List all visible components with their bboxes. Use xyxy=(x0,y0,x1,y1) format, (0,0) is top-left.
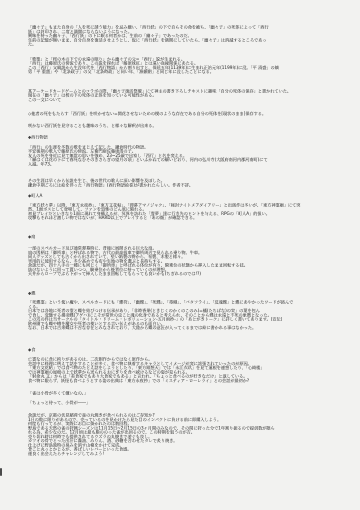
text-line: 「ちょっと待って、小骨が――」 xyxy=(28,400,338,404)
saigyou-monogatari-paragraph: 「西行」の生涯を多数の歌をまじえて記した、鎌倉時代の物語。平安後期の歌人で藤原氏… xyxy=(28,145,338,166)
section-heading-text: ◆蝶 xyxy=(28,291,338,295)
text-line: 攻撃もそれほど激しい物ではないが、HARD以上でプレイすると「あの顔」が確認でき… xyxy=(28,216,338,220)
corpse-preservation-note-paragraph: 某アーケードカードゲームとのコラボの際、「幽々子復活祭壇」にて神主の書き下ろしテ… xyxy=(28,89,338,102)
text-line: た。 xyxy=(28,42,338,46)
text-line: 運良く出会えたらチャレンジしてみよう! xyxy=(28,451,338,455)
section-heading-shoku: ◆食 xyxy=(28,347,338,351)
section-heading-text: ◆西行物語 xyxy=(28,135,338,139)
section-heading-chounin-a: ◆町人A xyxy=(28,194,338,198)
text-line: ◇他者の死をもたらす「西行妖」を咲かせない=開花させないための楔のような存在であ… xyxy=(28,112,338,116)
ougi-paragraph: 一部のスペルカード及び通常弾幕時に、背後に展開される巨大な扇。扇の図柄は「御所車… xyxy=(28,246,338,276)
page-edge-mark xyxy=(0,468,2,476)
shoku-paragraph: 亡霊なのに食に拘りがあるのは、二次創作からではなく原作から。会話中に料理に例えて… xyxy=(28,357,338,383)
section-heading-text: ◆町人A xyxy=(28,194,338,198)
text-line: 「雀は小骨が多くて嫌いなの。」 xyxy=(28,391,338,395)
section-heading-chou: ◆蝶 xyxy=(28,291,338,295)
section-heading-text: ◆食 xyxy=(28,347,338,351)
scanned-document-page: 「幽々子」もまた自身の「人を死に誘う能力」を忌み嫌い、「西行妖」の下で自らその命… xyxy=(0,0,360,510)
text-line: 入滅。年73。 xyxy=(28,162,338,166)
section-heading-ougi: ◆扇 xyxy=(28,234,338,238)
hobby-interpretation-line: 咲かない西行妖を見守ることも趣味のうち、と様々な解釈が出来る。 xyxy=(28,123,338,127)
text-line: 咲かない西行妖を見守ることも趣味のうち、と様々な解釈が出来る。 xyxy=(28,123,338,127)
text-line: この一文について xyxy=(28,97,338,101)
text-line: 男「平 重盛」や「北条政子」の父「北条時政」と同い年、「源頼朝」と同じ年に没した… xyxy=(28,70,338,74)
text-line: 「死蝶霊」という使い魔や、スペルカードにも「蝶符」、「幽蝶」、「死蝶」、「毒蛾」… xyxy=(28,300,338,304)
section-heading-text: ◆扇 xyxy=(28,234,338,238)
text-column: 「幽々子」もまた自身の「人を死に誘う能力」を忌み嫌い、「西行妖」の下で自らその命… xyxy=(28,25,336,500)
glossary-text-body: 「幽々子」もまた自身の「人を死に誘う能力」を忌み嫌い、「西行妖」の下で自らその命… xyxy=(28,25,338,456)
quote-sparrow-bones: 「雀は小骨が多くて嫌いなの。」 xyxy=(28,391,338,395)
fushimi-inari-sparrow-paragraph: 余談だが、京都の伏見稲荷で雀の丸焼きが食べられるのはご存知か?1日の数に限りがあ… xyxy=(28,413,338,456)
saigyou-father-theory-paragraph: 「歌聖」と「桜の木の下での永遠の眠り」から幽々子の父=「西行」説が生まれる。「西… xyxy=(28,57,338,74)
saigyou-monogatari-legacy-paragraph: その生涯は早くから伝説を生じ、後の世代の歌人に深い影響を及ぼした。鎌倉中期ごろに… xyxy=(28,179,338,188)
yuyuko-suicide-seal-paragraph: 「幽々子」もまた自身の「人を死に誘う能力」を忌み嫌い、「西行妖」の下で自らその命… xyxy=(28,25,338,46)
text-line: なお、日本では古来蝶は不吉な存在とみなされており、大陸から蝶の意匠が入ってくるま… xyxy=(28,326,338,330)
interpretation-line: ◇他者の死をもたらす「西行妖」を咲かせない=開花させないための楔のような存在であ… xyxy=(28,112,338,116)
text-line: 鎌倉中期ごろには絵を伴った「西行物語」(西行物語絵巻)が書かれたらしい。作者不詳… xyxy=(28,183,338,187)
section-heading-saigyou-monogatari: ◆西行物語 xyxy=(28,135,338,139)
chounin-a-paragraph: 「東方妖々夢」以降、「東方永夜抄」、「東方文花帖」、「弾幕アマノジャク」、「秘封… xyxy=(28,203,338,220)
text-line: 天井からロープでぶら下がって挿入したまま回転してもらっても良いかも(ちぎれるので… xyxy=(28,272,338,276)
text-line: 食べ物に限らず、妖怪も食べようとする姿の出典は「東方永夜抄」での「ミスティア・ロ… xyxy=(28,378,338,382)
quote-wait-bones: 「ちょっと待って、小骨が――」 xyxy=(28,400,338,404)
chou-paragraph: 「死蝶霊」という使い魔や、スペルカードにも「蝶符」、「幽蝶」、「死蝶」、「毒蛾」… xyxy=(28,300,338,330)
